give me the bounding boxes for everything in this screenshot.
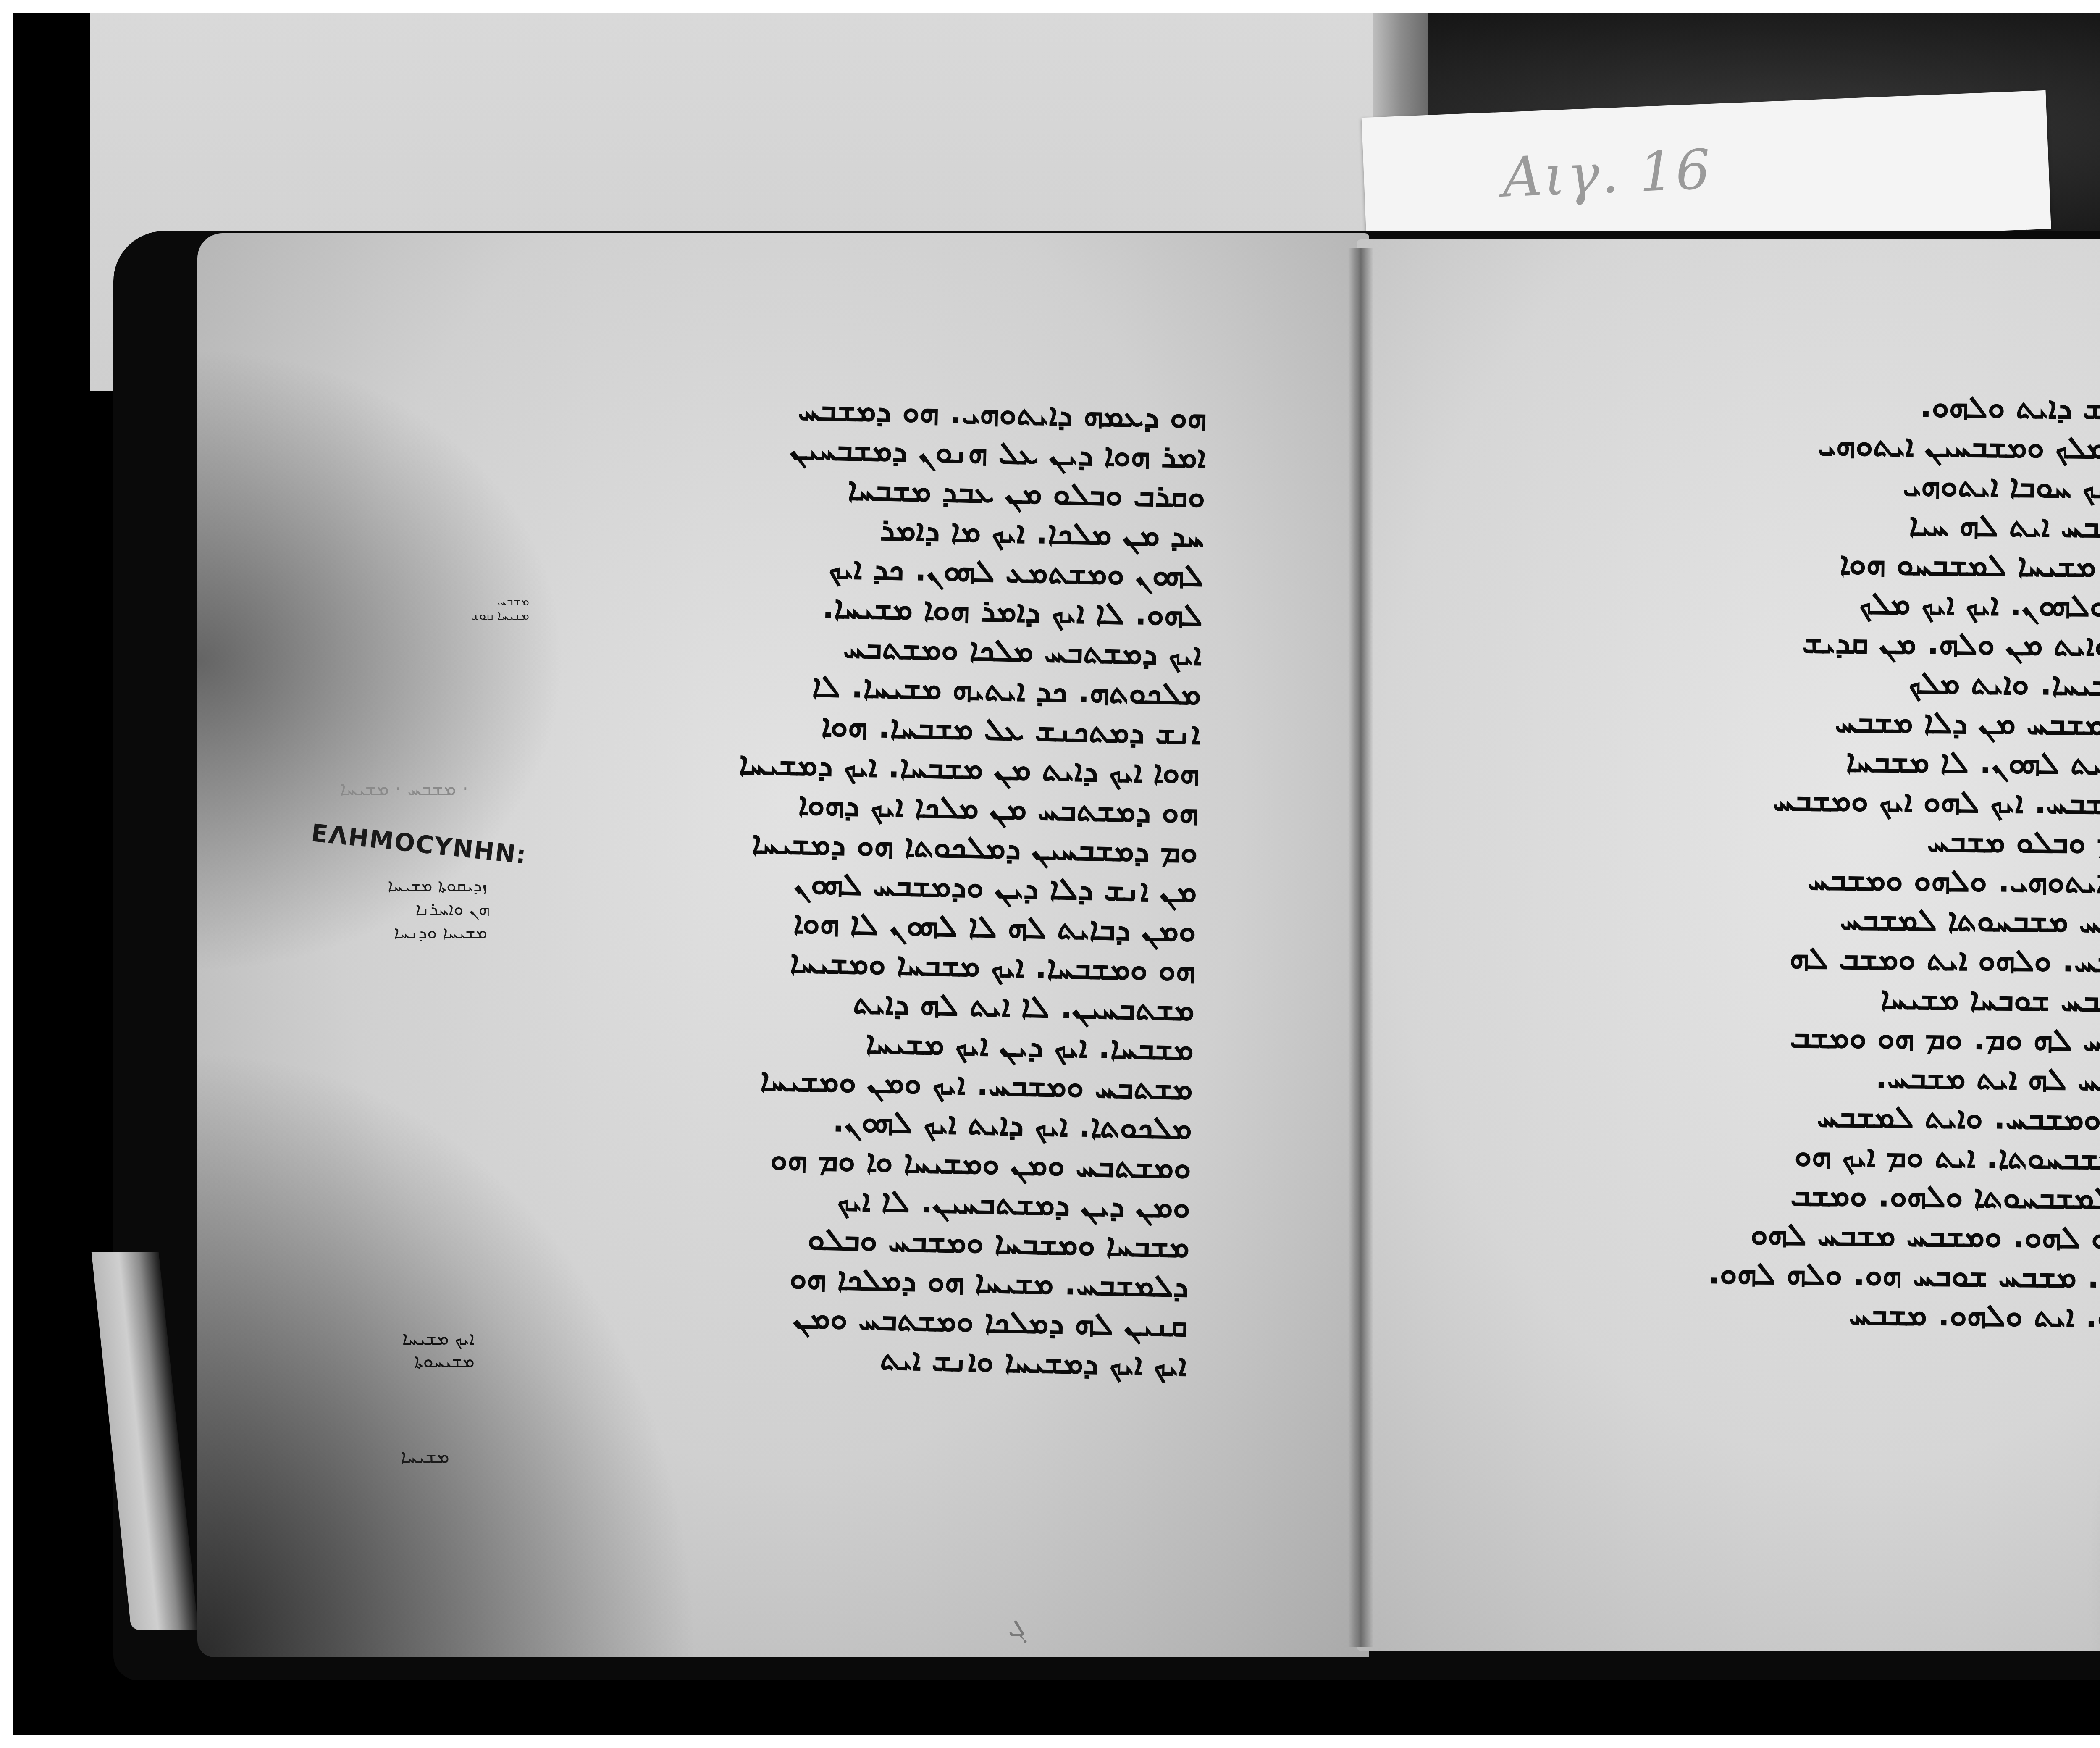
text-line: ܐܝܬܘܗܝ. ܡܫܝܚܐ. ܘܐܝܬ ܡܠܟ	[1547, 659, 2100, 706]
text-line: ܫܘܒܚܐ ܗܢܘ ܡܫܝܚܐ ܠܡܫܒܚܘ ܗܘܐ	[1549, 541, 2100, 587]
quire-signature: ܓ	[1008, 1609, 1027, 1644]
left-page-text-block: ܗܘ ܕܥܡܗ ܕܐܝܬܘܗܝ. ܗܘ ܕܡܫܒܚ ܐܡܪ ܗܘܐ ܕܝܢ ܥܠ…	[490, 384, 1207, 1385]
text-line: ܡܫܒܚ ܕܠܐ ܡܫܒܚ ܡܢ ܕܠܐ ܡܫܒܚ	[1547, 699, 2100, 745]
text-line: ܐܝܟ ܘܡ ܐܝܟ ܐܝܬ ܠܗܘܢ. ܠܐ ܡܫܒܚܐ	[1546, 738, 2100, 785]
text-line: ܘܡܫܒܚ ܠܡܫܒܚܘܬܐ. ܐܝܬ ܘܡ ܐܝܟ ܗܘ	[1542, 1133, 2100, 1180]
text-line: ܘܡ ܡܫܒܚܐ ܘܠܗܘܢ. ܐܝܟ ܐܝܟ ܡܠܟ	[1548, 580, 2100, 627]
text-line: ܠܡܫܒ ܡܫܒܚ ܠܗ ܐܝܬ ܡܫܒܚ.	[1543, 1054, 2100, 1101]
text-line: ܘܡܠܟ ܩܕ. ܐܝܟ ܚܘܒܐ ܐܝܬܘܗܝ	[1549, 462, 2100, 508]
text-line: ܠܗ ܐܝܟ ܡܫܒܚ. ܘܠܗܘ ܐܝܬ ܘܡܫܒ ܠܗ	[1544, 936, 2100, 982]
text-line: ܠܡܫܒ ܡܫܒܚ ܡܫܒܚܘܬܐ ܠܡܫܒܚ	[1545, 896, 2100, 943]
text-line: ܡܫܒܚ ܠܗܘ. ܐܝܬ ܘܠܗܘ. ܡܫܒܚ	[1541, 1291, 2100, 1338]
text-line: ܠܗܘ. ܐܝܬ ܠܡܫܒܚܘܬܐ ܘܠܗܘ. ܘܡܫܒ	[1542, 1172, 2100, 1219]
text-line: ܠܗ ܡܢ ܩܕܡ ܘܒܠܘ ܡܫܒܚ	[1546, 817, 2100, 864]
note-line: ܡܫܝܚܘܬܐ	[323, 1350, 475, 1373]
text-line: ܠܗܘ ܘܡܫܒܚ ܠܗ ܘܡ. ܘܡ ܗܘ ܘܡܫܒ	[1543, 1015, 2100, 1061]
book-gutter	[1348, 248, 1373, 1647]
manuscript-photograph: Αιγ. 16 ܗܘ ܕܥܡܗ ܕܐܝܬܘܗܝ. ܗܘ ܕܡܫܒܚ ܐܡܪ ܗܘ…	[13, 13, 2100, 1735]
margin-note-syriac-gloss: ܙܕܝܩܘܬܐ ܡܫܝܚܐ ܗܢ ܘܐܚܪܢܐ ܡܫܝܚܐ ܘܕܢܚܐ	[361, 874, 487, 944]
gloss-line: ܗܢ ܘܐܚܪܢܐ	[361, 897, 487, 921]
right-page-text-block: ܐܝܬܘܗܝ ܘܐܢܫ ܕܐܝܬ ܘܠܗܘ. ܟܡ ܘܥܠܝܗ ܡܠܟ ܘܡܫܒ…	[1541, 383, 2100, 1338]
text-line: ܡܫܒܚܘܬܐ. ܘܡܫܒܚ. ܘܐܝܬ ܠܡܫܒܚ	[1543, 1093, 2100, 1140]
text-line: ܟܡ ܘܥܠܝܗ ܡܠܟ ܘܡܫܒܚܝܢ ܐܝܬܘܗܝ	[1550, 422, 2100, 469]
shelfmark-label-text: Αιγ. 16	[1501, 137, 1713, 210]
text-line: ܡܠܟ ܠܗ ܡܫܒܚ ܐܝܬ ܠܗ ܚܝܐ	[1549, 501, 2100, 548]
margin-note-upper-syriac: ܡܫܒܚ ܡܫܝܚܐ ܩܘܫ	[470, 594, 529, 623]
margin-note-lower-2: ܡܫܝܚܐ	[365, 1445, 449, 1469]
text-line: ܐܝܬܘܗܝ ܘܐܢܫ ܕܐܝܬ ܘܠܗܘ.	[1550, 383, 2100, 429]
note-line: ܐܝܟ ܡܫܝܚܐ	[323, 1327, 475, 1350]
text-line: ܠܗ ܐܝܟ ܗܘ ܐܝܬܘܗܝ. ܘܠܗܘ ܘܡܫܒܚ	[1545, 857, 2100, 903]
gloss-line: ܡܫܝܚܐ ܘܕܢܚܐ	[361, 921, 487, 944]
text-line: ܐܝܬܘܗܝ ܡܫܒܚ ܫܘܒܚܐ ܡܫܝܚܐ	[1544, 975, 2100, 1022]
margin-note-lower: ܐܝܟ ܡܫܝܚܐ ܡܫܝܚܘܬܐ	[323, 1327, 475, 1373]
text-line: ܠܡܫܒܚ ܕܡܫܒܚ. ܐܝܟ ܠܗܘ ܐܝܟ ܘܡܫܒܚ	[1546, 778, 2100, 824]
margin-note-faded: ܡܫܒܚ · ܡܫܝܚܐ ·	[340, 777, 500, 801]
text-line: ܘܡܫܒ ܠܗܘ. ܡܫܒܚ ܫܘܒܚ ܗܘ. ܘܠܗ ܠܗܘ.	[1541, 1251, 2100, 1298]
text-line: ܠܗܘ. ܘܠܗܘ ܠܗܘ. ܘܡܫܒܚ ܡܫܒܚ ܠܗܘ	[1541, 1212, 2100, 1259]
text-line: ܡܫܒܚ ܘܡ ܘܐܝܬ ܡܢ ܘܠܗ. ܡܢ ܩܕܝܫ	[1548, 620, 2100, 666]
gloss-line: ܙܕܝܩܘܬܐ ܡܫܝܚܐ	[361, 874, 487, 897]
